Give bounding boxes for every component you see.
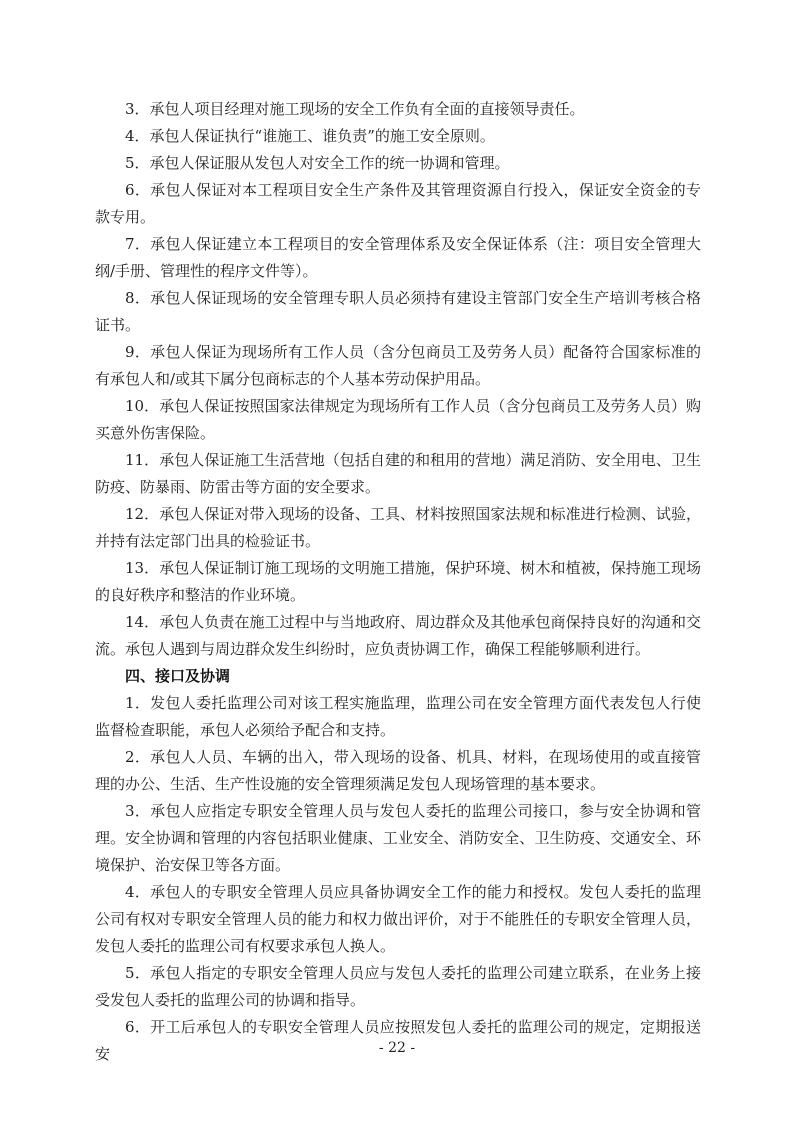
section-heading: 四、接口及协调: [95, 663, 701, 690]
contract-clause: 3．承包人应指定专职安全管理人员与发包人委托的监理公司接口，参与安全协调和管理。…: [95, 798, 701, 879]
contract-clause: 7．承包人保证建立本工程项目的安全管理体系及安全保证体系（注：项目安全管理大纲/…: [95, 231, 701, 285]
contract-clause: 9．承包人保证为现场所有工作人员（含分包商员工及劳务人员）配备符合国家标准的有承…: [95, 339, 701, 393]
contract-clause: 4．承包人的专职安全管理人员应具备协调安全工作的能力和授权。发包人委托的监理公司…: [95, 879, 701, 960]
contract-clause: 5．承包人指定的专职安全管理人员应与发包人委托的监理公司建立联系，在业务上接受发…: [95, 960, 701, 1014]
page-number: - 22 -: [0, 1040, 794, 1056]
contract-clause: 5．承包人保证服从发包人对安全工作的统一协调和管理。: [95, 150, 701, 177]
contract-clause: 4．承包人保证执行“谁施工、谁负责”的施工安全原则。: [95, 123, 701, 150]
contract-clause: 2．承包人人员、车辆的出入，带入现场的设备、机具、材料，在现场使用的或直接管理的…: [95, 744, 701, 798]
contract-clause: 13．承包人保证制订施工现场的文明施工措施，保护环境、树木和植被，保持施工现场的…: [95, 555, 701, 609]
contract-clause: 6．承包人保证对本工程项目安全生产条件及其管理资源自行投入，保证安全资金的专款专…: [95, 177, 701, 231]
contract-clause: 3．承包人项目经理对施工现场的安全工作负有全面的直接领导责任。: [95, 96, 701, 123]
contract-clause: 10．承包人保证按照国家法律规定为现场所有工作人员（含分包商员工及劳务人员）购买…: [95, 393, 701, 447]
contract-clause: 14．承包人负责在施工过程中与当地政府、周边群众及其他承包商保持良好的沟通和交流…: [95, 609, 701, 663]
contract-clause: 11．承包人保证施工生活营地（包括自建的和租用的营地）满足消防、安全用电、卫生防…: [95, 447, 701, 501]
contract-clause: 12．承包人保证对带入现场的设备、工具、材料按照国家法规和标准进行检测、试验，并…: [95, 501, 701, 555]
contract-clause: 1．发包人委托监理公司对该工程实施监理，监理公司在安全管理方面代表发包人行使监督…: [95, 690, 701, 744]
contract-clause: 8．承包人保证现场的安全管理专职人员必须持有建设主管部门安全生产培训考核合格证书…: [95, 285, 701, 339]
page-body: 3．承包人项目经理对施工现场的安全工作负有全面的直接领导责任。 4．承包人保证执…: [95, 96, 701, 1068]
document-page: 3．承包人项目经理对施工现场的安全工作负有全面的直接领导责任。 4．承包人保证执…: [0, 0, 794, 1122]
